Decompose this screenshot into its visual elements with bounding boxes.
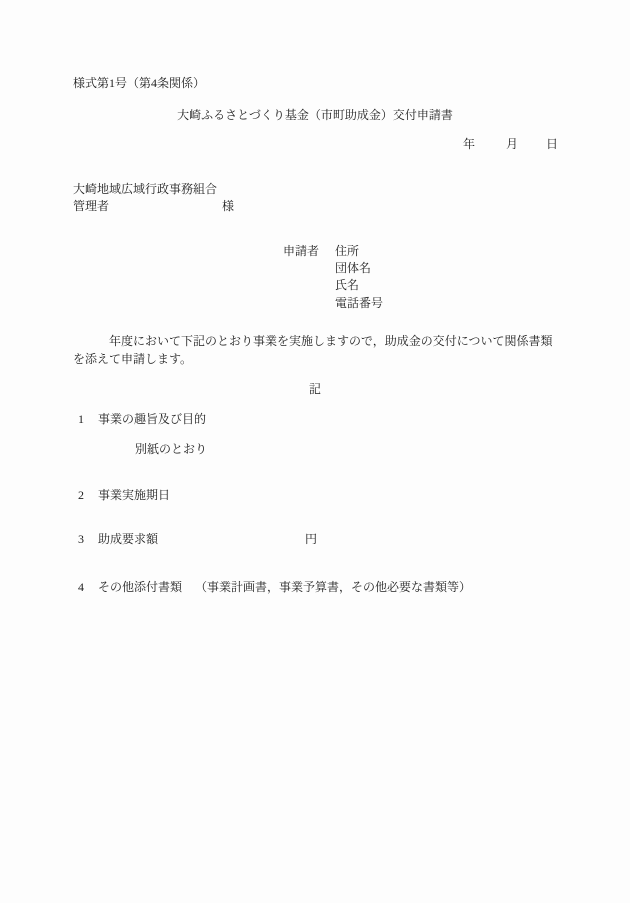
list-heading: 記 (0, 382, 630, 397)
item-4-label: その他添付書類 (98, 580, 182, 594)
item-3-number: 3 (78, 532, 98, 547)
date-line: 年 月 日 (463, 137, 558, 152)
item-2-label: 事業実施期日 (98, 488, 170, 502)
date-year-label: 年 (463, 137, 475, 151)
item-1-label: 事業の趣旨及び目的 (98, 412, 206, 426)
list-item-1: 1事業の趣旨及び目的 (73, 412, 206, 427)
applicant-fields: 住所 団体名 氏名 電話番号 (335, 243, 383, 312)
body-paragraph: 年度において下記のとおり事業を実施しますので，助成金の交付について関係書類 を添… (73, 333, 559, 368)
applicant-field-phone: 電話番号 (335, 295, 383, 312)
list-item-4: 4その他添付書類（事業計画書，事業予算書，その他必要な書類等） (73, 580, 471, 595)
item-4-number: 4 (78, 580, 98, 595)
applicant-block: 申請者 住所 団体名 氏名 電話番号 (283, 243, 383, 312)
date-month-label: 月 (506, 137, 518, 151)
item-1-number: 1 (78, 412, 98, 427)
addressee-honorific: 様 (222, 199, 234, 214)
item-3-label: 助成要求額 (98, 532, 158, 546)
applicant-label: 申請者 (283, 243, 322, 260)
addressee-role: 管理者 (73, 199, 109, 213)
document-page: 様式第1号（第4条関係） 大崎ふるさとづくり基金（市町助成金）交付申請書 年 月… (0, 0, 630, 903)
addressee-organization: 大崎地域広域行政事務組合 (73, 182, 217, 197)
applicant-field-address: 住所 (335, 243, 383, 260)
date-day-label: 日 (546, 137, 558, 151)
addressee-line: 管理者 様 (73, 199, 473, 214)
list-item-2: 2事業実施期日 (73, 488, 170, 503)
item-3-unit-label: 円 (305, 532, 317, 547)
list-item-3: 3助成要求額 円 (73, 532, 378, 547)
item-4-attachments: （事業計画書，事業予算書，その他必要な書類等） (195, 580, 471, 594)
form-number: 様式第1号（第4条関係） (73, 76, 205, 91)
applicant-field-name: 氏名 (335, 277, 383, 294)
page-title: 大崎ふるさとづくり基金（市町助成金）交付申請書 (0, 108, 630, 123)
item-1-note: 別紙のとおり (135, 442, 207, 457)
item-2-number: 2 (78, 488, 98, 503)
applicant-field-organization-name: 団体名 (335, 260, 383, 277)
